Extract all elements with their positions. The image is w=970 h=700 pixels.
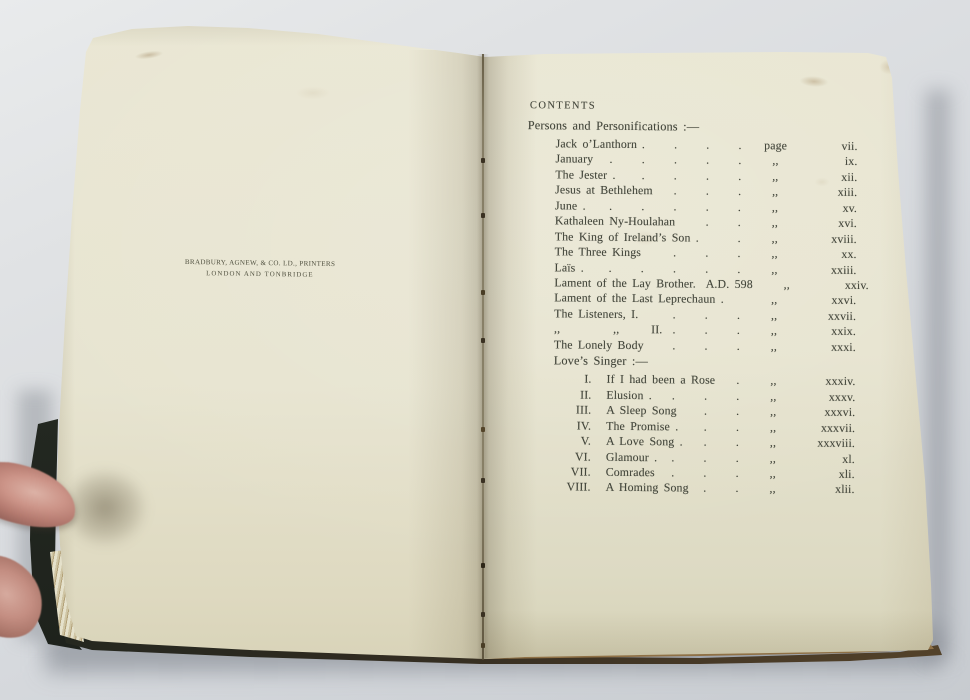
dot-leader: . . [675, 215, 753, 231]
page-number: ix. [797, 154, 863, 170]
entry-title: The Listeners, I. [554, 306, 638, 322]
dot-leader: . . . [641, 245, 753, 261]
page-number: xxvii. [796, 308, 862, 324]
entry-title: The King of Ireland’s Son . [555, 229, 699, 246]
dot-leader: . . . . . [593, 152, 753, 169]
page-word-or-ditto: ,, [751, 373, 795, 389]
printer-imprint-line: LONDON AND TONBRIDGE [150, 267, 370, 281]
page-number: xxix. [796, 324, 862, 340]
dot-leader: . . . [657, 450, 751, 466]
page-word-or-ditto: ,, [752, 323, 796, 339]
page-word-or-ditto: ,, [753, 200, 797, 216]
entry-title: A Homing Song [606, 480, 689, 496]
section-title: Love’s Singer :— [554, 354, 648, 370]
entry-title: Lament of the Last Leprechaun . [554, 291, 724, 308]
page-number: xx. [797, 247, 863, 263]
page-word-or-ditto: ,, [753, 153, 797, 169]
page-number: xl. [795, 451, 861, 467]
page-word-or-ditto: ,, [751, 451, 795, 467]
dot-leader: . . . [644, 338, 752, 354]
page-number: xxxvi. [795, 405, 861, 421]
page-word-or-ditto: ,, [751, 435, 795, 451]
entry-title: Jack o’Lanthorn [556, 136, 638, 152]
dot-leader: . . . [662, 323, 752, 339]
dot-leader [753, 277, 765, 293]
page-shading [80, 24, 490, 46]
binding-stitches [481, 158, 485, 163]
entry-numeral: VII. [553, 464, 591, 480]
page-word-or-ditto: ,, [752, 308, 796, 324]
page-word-or-ditto: ,, [753, 184, 797, 200]
entry-title: June . [555, 198, 586, 214]
page-stain [876, 57, 902, 77]
page-word-or-ditto: ,, [753, 215, 797, 231]
page-word-or-ditto: ,, [765, 277, 809, 293]
dot-leader: . . . . . [586, 198, 754, 215]
page-number: xli. [795, 466, 861, 482]
contents-section-heading: Love’s Singer :— [514, 353, 862, 371]
contents-entry: VIII.A Homing Song. .,,xlii. [513, 479, 861, 497]
entry-title: ,, ,, II. [554, 322, 663, 338]
page-word-or-ditto: ,, [752, 262, 796, 278]
entry-title: Lament of the Lay Brother. A.D. 598 [554, 275, 753, 292]
entry-title: The Promise . [606, 418, 678, 434]
dot-leader: . [715, 373, 751, 389]
entry-numeral: VI. [553, 449, 591, 465]
page-number: xvi. [797, 216, 863, 232]
dot-leader: . . [683, 435, 751, 451]
entry-numeral: I. [553, 372, 591, 388]
dot-leader: . [699, 230, 753, 246]
page-number: xxiii. [796, 262, 862, 278]
entry-title: The Three Kings [555, 244, 642, 260]
page-number: xlii. [795, 482, 861, 498]
page-number: xxxviii. [795, 436, 861, 452]
page-number: xv. [797, 200, 863, 216]
gutter-shading [408, 50, 485, 660]
contents-section-heading: Persons and Personifications :— [516, 118, 864, 136]
contents-entry: The Lonely Body. . .,,xxxi. [514, 337, 862, 355]
entry-title: A Sleep Song [606, 403, 677, 419]
dot-leader: . . [689, 481, 751, 497]
page-word-or-ditto: page [754, 138, 798, 154]
page-stain [794, 73, 835, 91]
printer-imprint: BRADBURY, AGNEW, & CO. LD., PRINTERS LON… [150, 256, 370, 281]
table-of-contents: CONTENTS Persons and Personifications :—… [513, 100, 864, 498]
entry-title: If I had been a Rose [606, 372, 715, 388]
entry-numeral: IV. [553, 418, 591, 434]
entry-title: The Jester . [555, 167, 615, 183]
entry-title: Jesus at Bethlehem [555, 183, 653, 199]
page-number: xxxi. [796, 339, 862, 355]
page-word-or-ditto: ,, [753, 231, 797, 247]
page-stain [129, 47, 168, 62]
dot-leader [724, 292, 753, 308]
page-number: xxvi. [796, 293, 862, 309]
contents-list: Persons and Personifications :—Jack o’La… [513, 118, 864, 498]
entry-title: The Lonely Body [554, 337, 644, 353]
entry-title: Laïs . [554, 260, 583, 276]
dot-leader: . . . [652, 388, 752, 404]
page-word-or-ditto: ,, [753, 246, 797, 262]
page-word-or-ditto: ,, [752, 339, 796, 355]
entry-title: Kathaleen Ny-Houlahan [555, 214, 675, 231]
page-stain [290, 84, 336, 102]
entry-title: January [555, 152, 593, 168]
page-number: xxiv. [809, 278, 875, 294]
page-word-or-ditto: ,, [751, 466, 795, 482]
page-word-or-ditto: ,, [751, 481, 795, 497]
gutter-seam [477, 54, 489, 660]
page-word-or-ditto: ,, [752, 293, 796, 309]
dot-leader: . . . [655, 465, 751, 481]
dot-leader: . . . [653, 184, 754, 200]
page-number: xviii. [797, 231, 863, 247]
page-number: xxxiv. [795, 374, 861, 390]
book-photo: BRADBURY, AGNEW, & CO. LD., PRINTERS LON… [0, 0, 970, 700]
dot-leader: . . . [638, 307, 752, 323]
page-number: vii. [798, 138, 864, 154]
page-number: xiii. [797, 185, 863, 201]
entry-title: Comrades [606, 465, 655, 481]
section-title: Persons and Personifications :— [528, 118, 700, 135]
entry-title: Elusion . [606, 388, 652, 404]
entry-numeral: V. [553, 433, 591, 449]
entry-numeral: VIII. [553, 480, 591, 496]
page-shading [485, 610, 935, 658]
page-number: xxxvii. [795, 420, 861, 436]
page-word-or-ditto: ,, [751, 420, 795, 436]
entry-title: Glamour . [606, 449, 658, 465]
page-word-or-ditto: ,, [751, 389, 795, 405]
entry-title: A Love Song . [606, 434, 683, 450]
dot-leader: . . [678, 419, 751, 435]
gutter-seam-line [482, 54, 484, 660]
dot-leader: . . [677, 404, 752, 420]
dot-leader: . . . . [637, 137, 754, 153]
page-number: xxxv. [795, 389, 861, 405]
dot-leader: . . . . . [584, 260, 753, 277]
dot-leader: . . . . [616, 168, 754, 185]
contents-heading: CONTENTS [516, 100, 864, 115]
entry-numeral: III. [553, 402, 591, 418]
page-number: xii. [797, 169, 863, 185]
page-word-or-ditto: ,, [753, 169, 797, 185]
page-word-or-ditto: ,, [751, 404, 795, 420]
entry-numeral: II. [553, 387, 591, 403]
